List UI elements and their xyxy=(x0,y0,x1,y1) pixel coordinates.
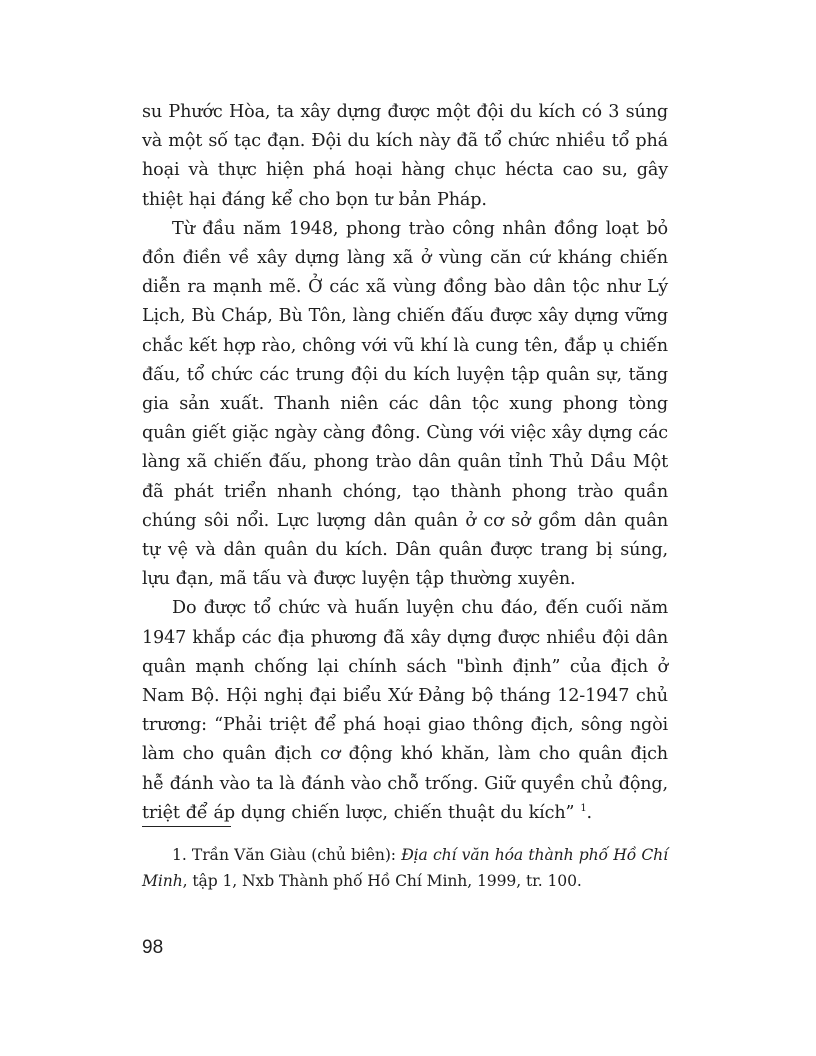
page-number: 98 xyxy=(142,937,163,959)
paragraph-3-text: Do được tổ chức và huấn luyện chu đáo, đ… xyxy=(142,598,668,822)
footnote-author: Trần Văn Giàu (chủ biên): xyxy=(192,846,396,864)
footnote-separator xyxy=(142,826,231,827)
paragraph-3-tail: . xyxy=(587,803,592,823)
paragraph-3: Do được tổ chức và huấn luyện chu đáo, đ… xyxy=(142,594,668,828)
footnote: 1. Trần Văn Giàu (chủ biên): Địa chí văn… xyxy=(142,842,668,894)
paragraph-2: Từ đầu năm 1948, phong trào công nhân đồ… xyxy=(142,215,668,595)
footnote-number: 1. xyxy=(172,846,187,864)
paragraph-1: su Phước Hòa, ta xây dựng được một đội d… xyxy=(142,98,668,215)
footnote-details: , tập 1, Nxb Thành phố Hồ Chí Minh, 1999… xyxy=(183,872,582,890)
page-body: su Phước Hòa, ta xây dựng được một đội d… xyxy=(142,98,668,828)
